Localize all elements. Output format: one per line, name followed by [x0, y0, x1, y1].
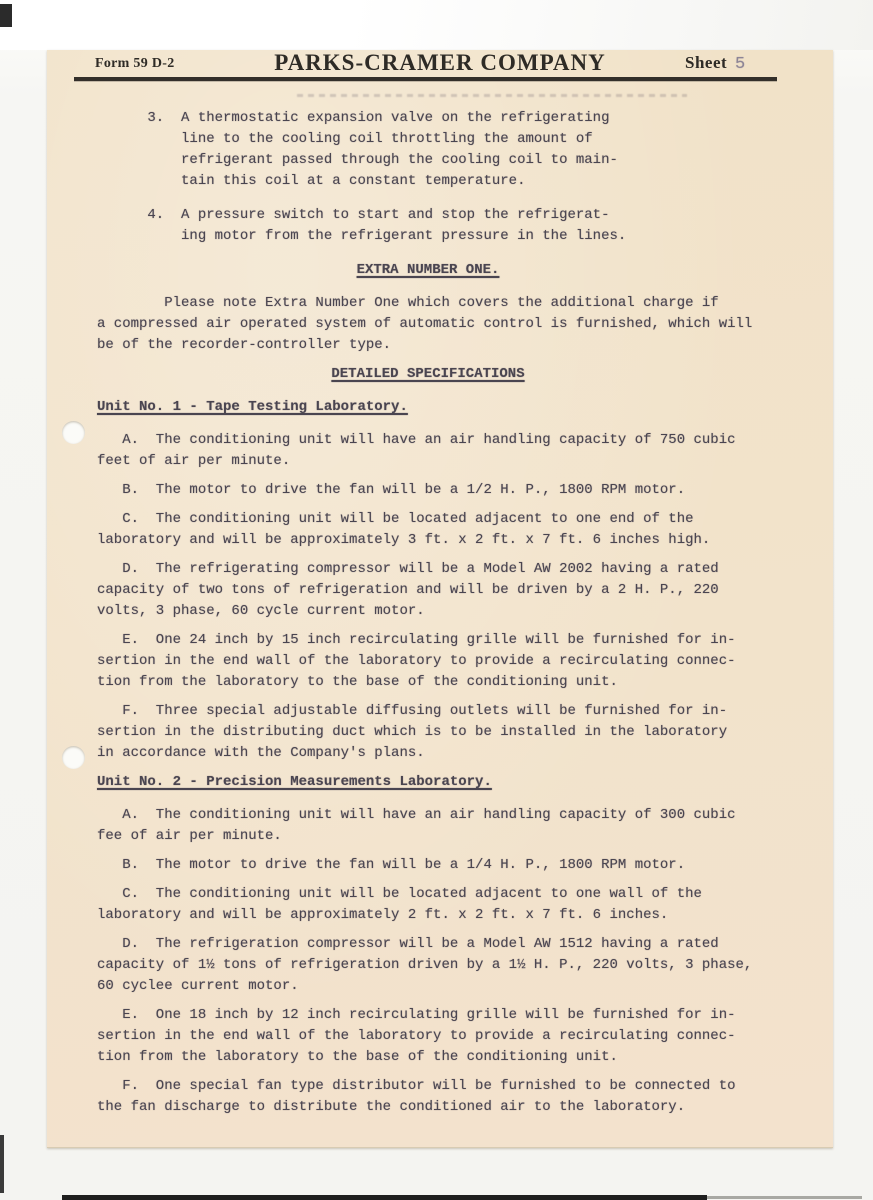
text-line: a compressed air operated system of auto…: [97, 314, 759, 335]
scan-bottom-edge-artifact: [62, 1195, 707, 1200]
scan-background-sheen: [0, 0, 873, 50]
unit-2-item-b: B. The motor to drive the fan will be a …: [97, 855, 759, 876]
text-line: tain this coil at a constant temperature…: [97, 171, 759, 192]
section-heading-detailed-specifications: DETAILED SPECIFICATIONS: [97, 364, 759, 385]
text-line: feet of air per minute.: [97, 451, 759, 472]
text-line: tion from the laboratory to the base of …: [97, 672, 759, 693]
text-line: line to the cooling coil throttling the …: [97, 129, 759, 150]
text-line: F. Three special adjustable diffusing ou…: [97, 701, 759, 722]
paragraph-extra-number-one: Please note Extra Number One which cover…: [97, 293, 759, 356]
text-line: D. The refrigeration compressor will be …: [97, 934, 759, 955]
text-line: volts, 3 phase, 60 cycle current motor.: [97, 601, 759, 622]
text-line: refrigerant passed through the cooling c…: [97, 150, 759, 171]
punch-hole-top: [62, 421, 85, 444]
numbered-item-4: 4. A pressure switch to start and stop t…: [97, 205, 759, 247]
text-line: E. One 18 inch by 12 inch recirculating …: [97, 1005, 759, 1026]
scan-left-edge-artifact: [0, 1135, 4, 1193]
unit-1-item-e: E. One 24 inch by 15 inch recirculating …: [97, 630, 759, 693]
unit-2-item-f: F. One special fan type distributor will…: [97, 1076, 759, 1118]
text-line: A. The conditioning unit will have an ai…: [97, 805, 759, 826]
unit-2-item-e: E. One 18 inch by 12 inch recirculating …: [97, 1005, 759, 1068]
unit-2-item-d: D. The refrigeration compressor will be …: [97, 934, 759, 997]
sheet-number: 5: [735, 55, 745, 74]
text-line: A. The conditioning unit will have an ai…: [97, 430, 759, 451]
text-line: be of the recorder-controller type.: [97, 335, 759, 356]
text-line: Please note Extra Number One which cover…: [97, 293, 759, 314]
section-heading-extra-number-one: EXTRA NUMBER ONE.: [97, 260, 759, 281]
text-line: E. One 24 inch by 15 inch recirculating …: [97, 630, 759, 651]
document-page: Form 59 D-2 PARKS-CRAMER COMPANY Sheet 5…: [47, 50, 833, 1148]
text-line: 4. A pressure switch to start and stop t…: [97, 205, 759, 226]
unit-2-item-c: C. The conditioning unit will be located…: [97, 884, 759, 926]
text-line: 3. A thermostatic expansion valve on the…: [97, 108, 759, 129]
unit-1-item-d: D. The refrigerating compressor will be …: [97, 559, 759, 622]
text-line: laboratory and will be approximately 3 f…: [97, 530, 759, 551]
scan-bottom-edge-shadow: [707, 1196, 862, 1199]
text-line: sertion in the distributing duct which i…: [97, 722, 759, 743]
text-line: ing motor from the refrigerant pressure …: [97, 226, 759, 247]
unit-2-item-a: A. The conditioning unit will have an ai…: [97, 805, 759, 847]
text-line: B. The motor to drive the fan will be a …: [97, 855, 759, 876]
text-line: F. One special fan type distributor will…: [97, 1076, 759, 1097]
unit-1-item-a: A. The conditioning unit will have an ai…: [97, 430, 759, 472]
text-line: B. The motor to drive the fan will be a …: [97, 480, 759, 501]
section-heading-extra-number-one-text: EXTRA NUMBER ONE.: [357, 262, 500, 278]
text-line: sertion in the end wall of the laborator…: [97, 651, 759, 672]
section-heading-detailed-specifications-text: DETAILED SPECIFICATIONS: [331, 366, 524, 382]
text-line: sertion in the end wall of the laborator…: [97, 1026, 759, 1047]
text-line: capacity of 1½ tons of refrigeration dri…: [97, 955, 759, 976]
typewritten-content: 3. A thermostatic expansion valve on the…: [97, 108, 759, 1126]
header-rule: [74, 77, 777, 81]
text-line: laboratory and will be approximately 2 f…: [97, 905, 759, 926]
numbered-item-3: 3. A thermostatic expansion valve on the…: [97, 108, 759, 192]
text-line: C. The conditioning unit will be located…: [97, 509, 759, 530]
text-line: the fan discharge to distribute the cond…: [97, 1097, 759, 1118]
text-line: tion from the laboratory to the base of …: [97, 1047, 759, 1068]
text-line: fee of air per minute.: [97, 826, 759, 847]
unit-1-heading: Unit No. 1 - Tape Testing Laboratory.: [97, 397, 759, 418]
punch-hole-bottom: [62, 746, 85, 769]
unit-1-heading-text: Unit No. 1 - Tape Testing Laboratory.: [97, 399, 408, 415]
unit-1-item-f: F. Three special adjustable diffusing ou…: [97, 701, 759, 764]
text-line: C. The conditioning unit will be located…: [97, 884, 759, 905]
text-line: D. The refrigerating compressor will be …: [97, 559, 759, 580]
text-line: in accordance with the Company's plans.: [97, 743, 759, 764]
text-line: capacity of two tons of refrigeration an…: [97, 580, 759, 601]
ghost-type-line: [297, 94, 687, 97]
text-line: 60 cyclee current motor.: [97, 976, 759, 997]
unit-2-heading-text: Unit No. 2 - Precision Measurements Labo…: [97, 774, 492, 790]
unit-2-heading: Unit No. 2 - Precision Measurements Labo…: [97, 772, 759, 793]
unit-1-item-c: C. The conditioning unit will be located…: [97, 509, 759, 551]
sheet-label: Sheet: [685, 53, 727, 73]
unit-1-item-b: B. The motor to drive the fan will be a …: [97, 480, 759, 501]
scan-corner-artifact: [0, 4, 12, 27]
